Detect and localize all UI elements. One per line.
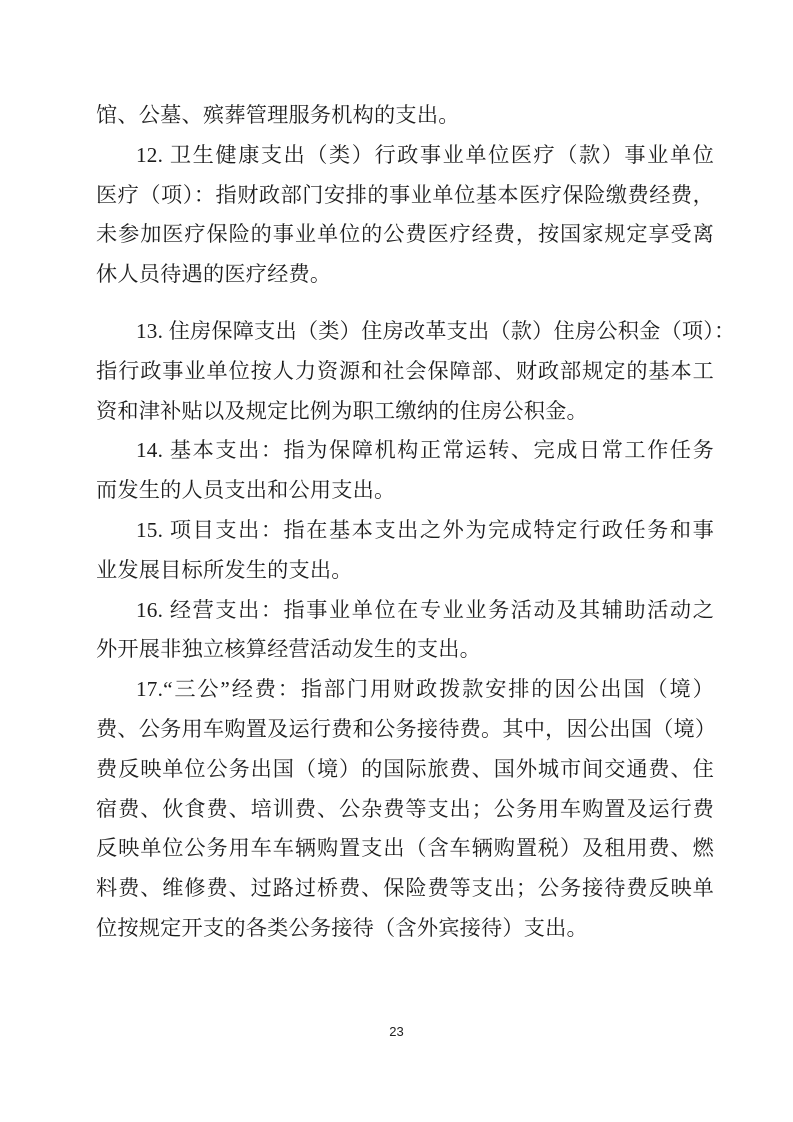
text-line: 14. 基本支出：指为保障机构正常运转、完成日常工作任务 [96,431,714,471]
paragraph-item-15: 15. 项目支出：指在基本支出之外为完成特定行政任务和事业发展目标所发生的支出。 [96,511,714,591]
text-line: 16. 经营支出：指事业单位在专业业务活动及其辅助活动之 [96,591,714,631]
paragraph-item-12: 12. 卫生健康支出（类）行政事业单位医疗（款）事业单位医疗（项）：指财政部门安… [96,136,714,295]
text-line: 而发生的人员支出和公用支出。 [96,471,714,511]
text-line: 资和津补贴以及规定比例为职工缴纳的住房公积金。 [96,392,714,432]
text-line: 外开展非独立核算经营活动发生的支出。 [96,630,714,670]
text-line: 业发展目标所发生的支出。 [96,551,714,591]
text-line: 料费、维修费、过路过桥费、保险费等支出；公务接待费反映单 [96,869,714,909]
document-page: 馆、公墓、殡葬管理服务机构的支出。12. 卫生健康支出（类）行政事业单位医疗（款… [0,0,793,1122]
text-line: 费反映单位公务出国（境）的国际旅费、国外城市间交通费、住 [96,750,714,790]
text-line: 医疗（项）：指财政部门安排的事业单位基本医疗保险缴费经费， [96,176,714,216]
text-line: 未参加医疗保险的事业单位的公费医疗经费，按国家规定享受离 [96,215,714,255]
text-line: 12. 卫生健康支出（类）行政事业单位医疗（款）事业单位 [96,136,714,176]
paragraph-item-13: 13. 住房保障支出（类）住房改革支出（款）住房公积金（项）：指行政事业单位按人… [96,312,714,431]
text-line: 位按规定开支的各类公务接待（含外宾接待）支出。 [96,909,714,949]
text-line: 反映单位公务用车车辆购置支出（含车辆购置税）及租用费、燃 [96,829,714,869]
paragraph-item-14: 14. 基本支出：指为保障机构正常运转、完成日常工作任务而发生的人员支出和公用支… [96,431,714,511]
paragraph-item-17: 17.“三公”经费：指部门用财政拨款安排的因公出国（境）费、公务用车购置及运行费… [96,670,714,949]
text-line: 馆、公墓、殡葬管理服务机构的支出。 [96,96,714,136]
text-line: 休人员待遇的医疗经费。 [96,255,714,295]
text-line: 指行政事业单位按人力资源和社会保障部、财政部规定的基本工 [96,352,714,392]
paragraph-item-16: 16. 经营支出：指事业单位在专业业务活动及其辅助活动之外开展非独立核算经营活动… [96,591,714,671]
text-line: 13. 住房保障支出（类）住房改革支出（款）住房公积金（项）： [96,312,714,352]
paragraph-item-11-continuation: 馆、公墓、殡葬管理服务机构的支出。 [96,96,714,136]
text-line: 17.“三公”经费：指部门用财政拨款安排的因公出国（境） [96,670,714,710]
page-number: 23 [0,1024,793,1040]
text-line: 宿费、伙食费、培训费、公杂费等支出；公务用车购置及运行费 [96,790,714,830]
text-line: 15. 项目支出：指在基本支出之外为完成特定行政任务和事 [96,511,714,551]
text-line: 费、公务用车购置及运行费和公务接待费。其中，因公出国（境） [96,710,714,750]
document-body: 馆、公墓、殡葬管理服务机构的支出。12. 卫生健康支出（类）行政事业单位医疗（款… [96,96,714,949]
